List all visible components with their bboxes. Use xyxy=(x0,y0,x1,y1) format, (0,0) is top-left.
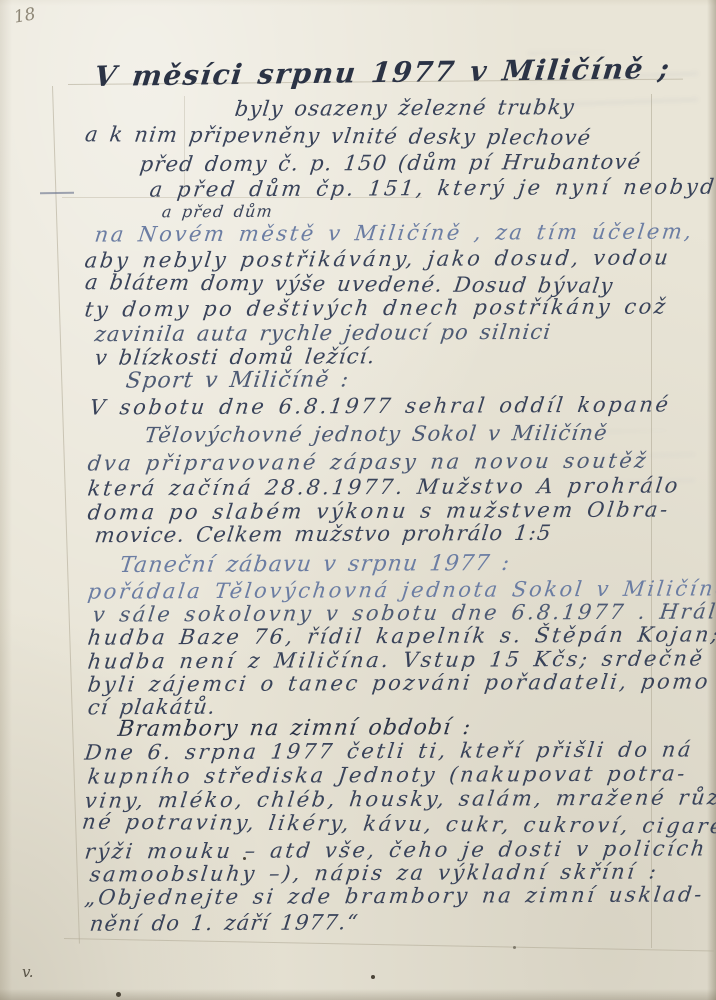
manuscript-line: a k nim připevněny vlnité desky plechové xyxy=(84,122,593,150)
rule-bottom xyxy=(64,938,714,951)
page-number: 18 xyxy=(12,4,37,27)
manuscript-line: byly osazeny železné trubky xyxy=(233,95,576,121)
ink-speck xyxy=(243,857,246,860)
manuscript-line: a před dům čp. 151, který je nyní neobyd… xyxy=(148,174,716,201)
section-heading-sport: Sport v Miličíně : xyxy=(124,367,350,393)
section-heading-dance: Taneční zábavu v srpnu 1977 : xyxy=(118,551,511,578)
rule-left xyxy=(52,86,80,944)
manuscript-line: zavinila auta rychle jedoucí po silnici xyxy=(93,320,552,346)
manuscript-line: doma po slabém výkonu s mužstvem Olbra- xyxy=(86,497,671,524)
manuscript-line: která začíná 28.8.1977. Mužstvo A prohrá… xyxy=(86,473,681,500)
manuscript-line: v blízkosti domů ležící. xyxy=(94,344,378,369)
manuscript-line: nění do 1. září 1977.“ xyxy=(89,910,361,935)
manuscript-line: a blátem domy výše uvedené. Dosud bývaly xyxy=(84,270,615,298)
manuscript-line: Dne 6. srpna 1977 četli ti, kteří přišli… xyxy=(83,737,694,764)
margin-dash-mark xyxy=(40,192,74,195)
manuscript-line: „Objednejte si zde brambory na zimní usk… xyxy=(83,882,705,909)
manuscript-line: né potraviny, likéry, kávu, cukr, cukrov… xyxy=(81,810,716,839)
manuscript-line: a před dům xyxy=(161,202,274,222)
chronicle-page: 18 V měsíci srpnu 1977 v Miličíně ; byly… xyxy=(0,0,716,1000)
check-mark: v. xyxy=(22,963,33,981)
ink-speck xyxy=(513,946,516,949)
manuscript-line: ty domy po deštivých dnech postříkány co… xyxy=(83,294,669,321)
manuscript-line: dva připravované zápasy na novou soutěž xyxy=(86,449,649,476)
manuscript-line: V sobotu dne 6.8.1977 sehral oddíl kopan… xyxy=(88,392,672,419)
manuscript-line: aby nebyly postřikávány, jako dosud, vod… xyxy=(83,245,671,272)
manuscript-line: na Novém městě v Miličíně , za tím účele… xyxy=(93,219,695,246)
ink-speck xyxy=(371,975,375,979)
manuscript-line: před domy č. p. 150 (dům pí Hrubantové xyxy=(138,150,642,177)
manuscript-line: kupního střediska Jednoty (nakupovat pot… xyxy=(86,761,688,788)
manuscript-line: byli zájemci o tanec pozváni pořadateli,… xyxy=(86,669,711,696)
manuscript-line: viny, mléko, chléb, housky, salám, mraže… xyxy=(83,785,716,812)
ink-speck xyxy=(116,992,121,997)
manuscript-line: movice. Celkem mužstvo prohrálo 1:5 xyxy=(93,521,553,547)
manuscript-line: Tělovýchovné jednoty Sokol v Miličíně xyxy=(143,421,609,447)
manuscript-line: hudba Baze 76, řídil kapelník s. Štěpán … xyxy=(86,622,716,649)
